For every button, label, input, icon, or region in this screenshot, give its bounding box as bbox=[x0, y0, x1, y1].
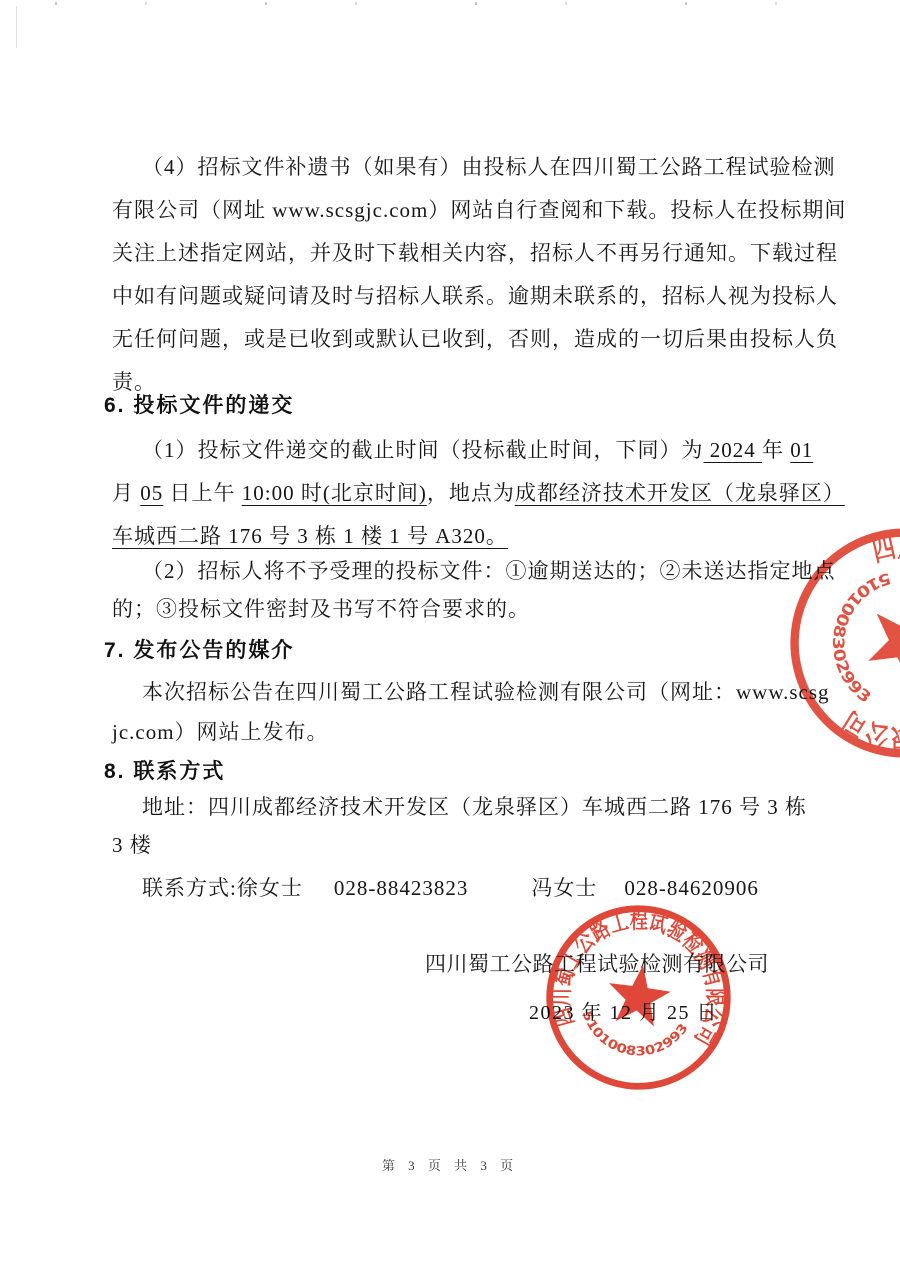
text-line: 的；③投标文件密封及书写不符合要求的。 bbox=[112, 590, 802, 628]
section-heading-7: 7. 发布公告的媒介 bbox=[104, 634, 294, 664]
underlined-value: 05 bbox=[140, 481, 163, 505]
text-segment: ，地点为 bbox=[427, 481, 515, 505]
paragraph-6-2: （2）招标人将不予受理的投标文件：①逾期送达的；②未送达指定地点 的；③投标文件… bbox=[112, 552, 802, 628]
seal-ring-text: 四川蜀工公路工程试验检测有限公司 bbox=[831, 520, 900, 776]
underlined-value: 10:00 时(北京时间) bbox=[242, 481, 427, 505]
underlined-value: 01 bbox=[790, 438, 813, 462]
section-heading-6: 6. 投标文件的递交 bbox=[104, 389, 294, 419]
text-line: 月 05 日上午 10:00 时(北京时间)，地点为成都经济技术开发区（龙泉驿区… bbox=[112, 472, 802, 515]
text-line: （1）投标文件递交的截止时间（投标截止时间，下同）为 2024 年 01 bbox=[112, 429, 802, 472]
scan-artifact-top bbox=[55, 2, 870, 5]
paragraph-7: 本次招标公告在四川蜀工公路工程试验检测有限公司（网址：www.scsg jc.c… bbox=[112, 672, 802, 752]
text-line: jc.com）网站上发布。 bbox=[112, 712, 802, 752]
text-segment: （1）投标文件递交的截止时间（投标截止时间，下同）为 bbox=[142, 438, 704, 462]
text-line: 关注上述指定网站，并及时下载相关内容，招标人不再另行通知。下载过程 bbox=[112, 232, 802, 275]
address-line-2: 3 楼 bbox=[112, 826, 802, 864]
underlined-value: 车城西二路 176 号 3 栋 1 楼 1 号 A320。 bbox=[112, 524, 508, 548]
underlined-value: 2024 bbox=[704, 438, 763, 462]
address-block: 地址：四川成都经济技术开发区（龙泉驿区）车城西二路 176 号 3 栋 3 楼 bbox=[112, 788, 802, 864]
text-segment: 月 bbox=[112, 481, 140, 505]
contact-line: 联系方式:徐女士028-88423823冯女士028-84620906 bbox=[112, 867, 802, 910]
section-heading-8: 8. 联系方式 bbox=[104, 755, 225, 785]
contact-block: 联系方式:徐女士028-88423823冯女士028-84620906 bbox=[112, 867, 802, 910]
text-line: 无任何问题，或是已收到或默认已收到，否则，造成的一切后果由投标人负 bbox=[112, 318, 802, 361]
scan-artifact-left bbox=[16, 6, 17, 48]
underlined-value: 成都经济技术开发区（龙泉驿区） bbox=[515, 481, 845, 505]
page-number: 第 3 页 共 3 页 bbox=[0, 1155, 900, 1174]
text-line: 中如有问题或疑问请及时与招标人联系。逾期未联系的，招标人视为投标人 bbox=[112, 275, 802, 318]
signature-company: 四川蜀工公路工程试验检测有限公司 bbox=[425, 948, 769, 978]
text-segment: 日上午 bbox=[163, 481, 242, 505]
text-line: （2）招标人将不予受理的投标文件：①逾期送达的；②未送达指定地点 bbox=[112, 552, 802, 590]
contact-label: 联系方式:徐女士 bbox=[142, 867, 303, 910]
paragraph-4: （4）招标文件补遗书（如果有）由投标人在四川蜀工公路工程试验检测 有限公司（网址… bbox=[112, 146, 802, 404]
contact-name-2: 冯女士 bbox=[531, 867, 597, 910]
text-segment: 年 bbox=[762, 438, 790, 462]
text-line: 本次招标公告在四川蜀工公路工程试验检测有限公司（网址：www.scsg bbox=[112, 672, 802, 712]
contact-phone-2: 028-84620906 bbox=[624, 867, 759, 910]
star-icon bbox=[866, 599, 900, 688]
paragraph-6-1: （1）投标文件递交的截止时间（投标截止时间，下同）为 2024 年 01 月 0… bbox=[112, 429, 802, 558]
text-line: 有限公司（网址 www.scsgjc.com）网站自行查阅和下载。投标人在投标期… bbox=[112, 189, 802, 232]
text-line: （4）招标文件补遗书（如果有）由投标人在四川蜀工公路工程试验检测 bbox=[112, 146, 802, 189]
contact-phone-1: 028-88423823 bbox=[334, 867, 469, 910]
signature-date: 2023 年 12 月 25 日 bbox=[529, 996, 718, 1025]
document-page: （4）招标文件补遗书（如果有）由投标人在四川蜀工公路工程试验检测 有限公司（网址… bbox=[0, 0, 900, 1272]
address-line-1: 地址：四川成都经济技术开发区（龙泉驿区）车城西二路 176 号 3 栋 bbox=[112, 788, 802, 826]
